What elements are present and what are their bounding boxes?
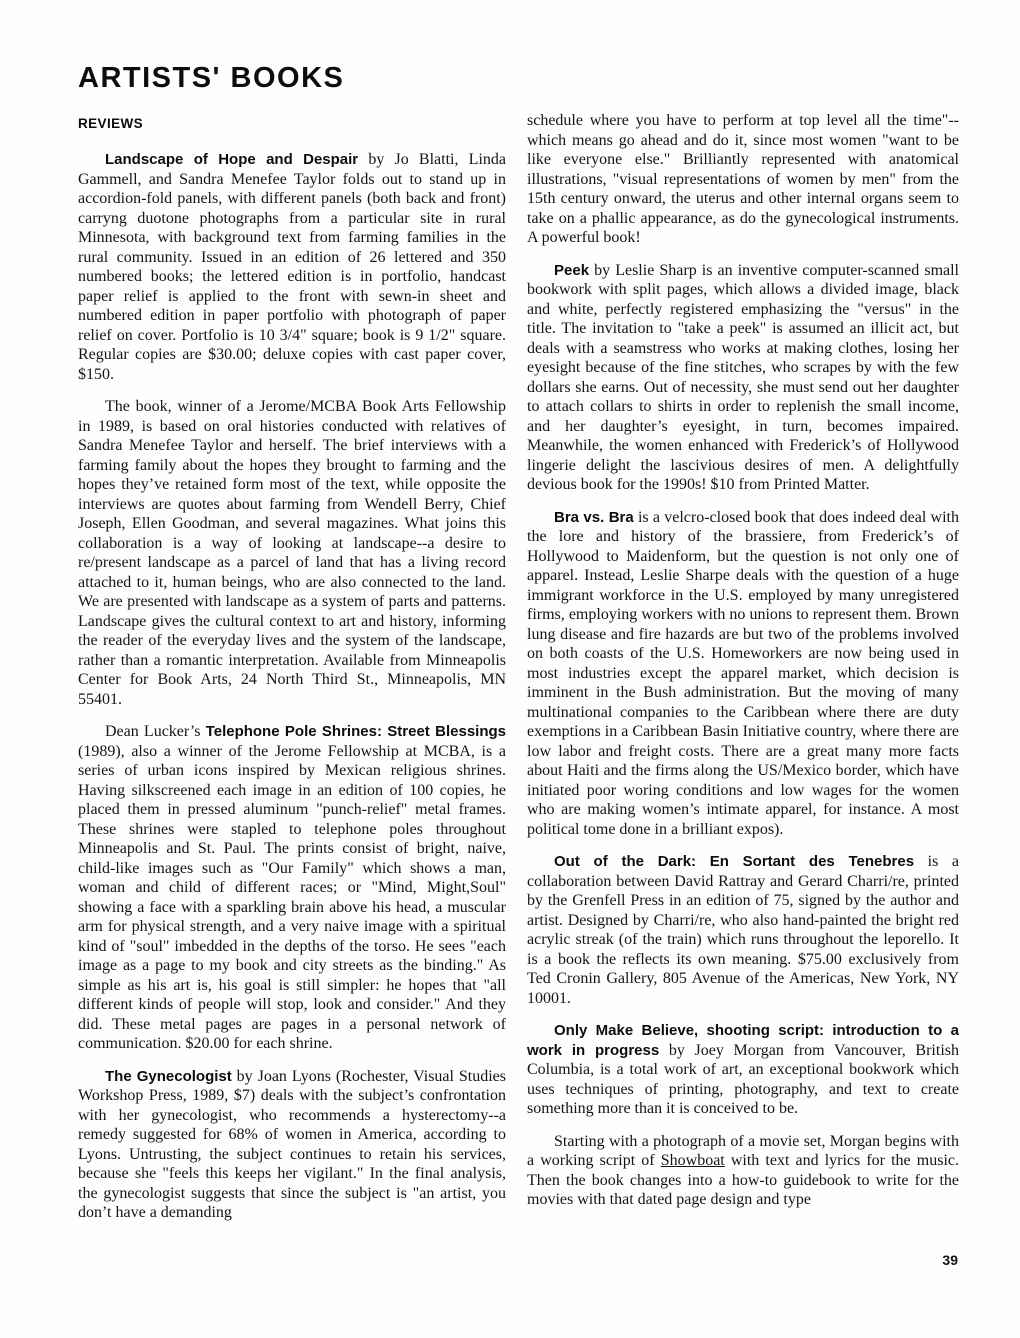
body-text: by Leslie Sharp is an inventive computer… — [527, 262, 959, 494]
body-text: The book, winner of a Jerome/MCBA Book A… — [78, 398, 506, 708]
body-text: by Jo Blatti, Linda Gammell, and Sandra … — [78, 151, 506, 383]
book-title: Telephone Pole Shrines: Street Blessings — [206, 723, 506, 740]
review-paragraph: Landscape of Hope and Despair by Jo Blat… — [78, 150, 506, 384]
book-title: Peek — [554, 262, 589, 279]
review-paragraph: Bra vs. Bra is a velcro-closed book that… — [527, 508, 959, 840]
body-text: Dean Lucker’s — [105, 723, 206, 740]
review-paragraph: schedule where you have to perform at to… — [527, 111, 959, 248]
book-title: The Gynecologist — [105, 1068, 232, 1085]
book-title: Out of the Dark: En Sortant des Tenebres — [554, 853, 914, 870]
body-text: is a collaboration between David Rattray… — [527, 853, 959, 1007]
review-paragraph: Out of the Dark: En Sortant des Tenebres… — [527, 852, 959, 1008]
body-text: (1989), also a winner of the Jerome Fell… — [78, 743, 506, 1053]
review-paragraph: The Gynecologist by Joan Lyons (Rocheste… — [78, 1067, 506, 1223]
review-paragraph: Starting with a photograph of a movie se… — [527, 1132, 959, 1210]
review-paragraph: The book, winner of a Jerome/MCBA Book A… — [78, 397, 506, 709]
review-paragraph: Only Make Believe, shooting script: intr… — [527, 1021, 959, 1119]
review-paragraph: Dean Lucker’s Telephone Pole Shrines: St… — [78, 722, 506, 1054]
book-title: Bra vs. Bra — [554, 509, 634, 526]
review-paragraph: Peek by Leslie Sharp is an inventive com… — [527, 261, 959, 495]
page-title: ARTISTS' BOOKS — [78, 62, 344, 95]
document-page: ARTISTS' BOOKS REVIEWS Landscape of Hope… — [0, 0, 1020, 1338]
body-text: by Joan Lyons (Rochester, Visual Studies… — [78, 1068, 506, 1222]
body-text: schedule where you have to perform at to… — [527, 112, 959, 246]
right-column: schedule where you have to perform at to… — [527, 111, 959, 1223]
body-text: is a velcro-closed book that does indeed… — [527, 509, 959, 838]
section-label-reviews: REVIEWS — [78, 116, 143, 131]
left-column: Landscape of Hope and Despair by Jo Blat… — [78, 150, 506, 1236]
book-title: Landscape of Hope and Despair — [105, 151, 358, 168]
page-number: 39 — [942, 1252, 958, 1268]
body-text: Showboat — [661, 1152, 725, 1169]
